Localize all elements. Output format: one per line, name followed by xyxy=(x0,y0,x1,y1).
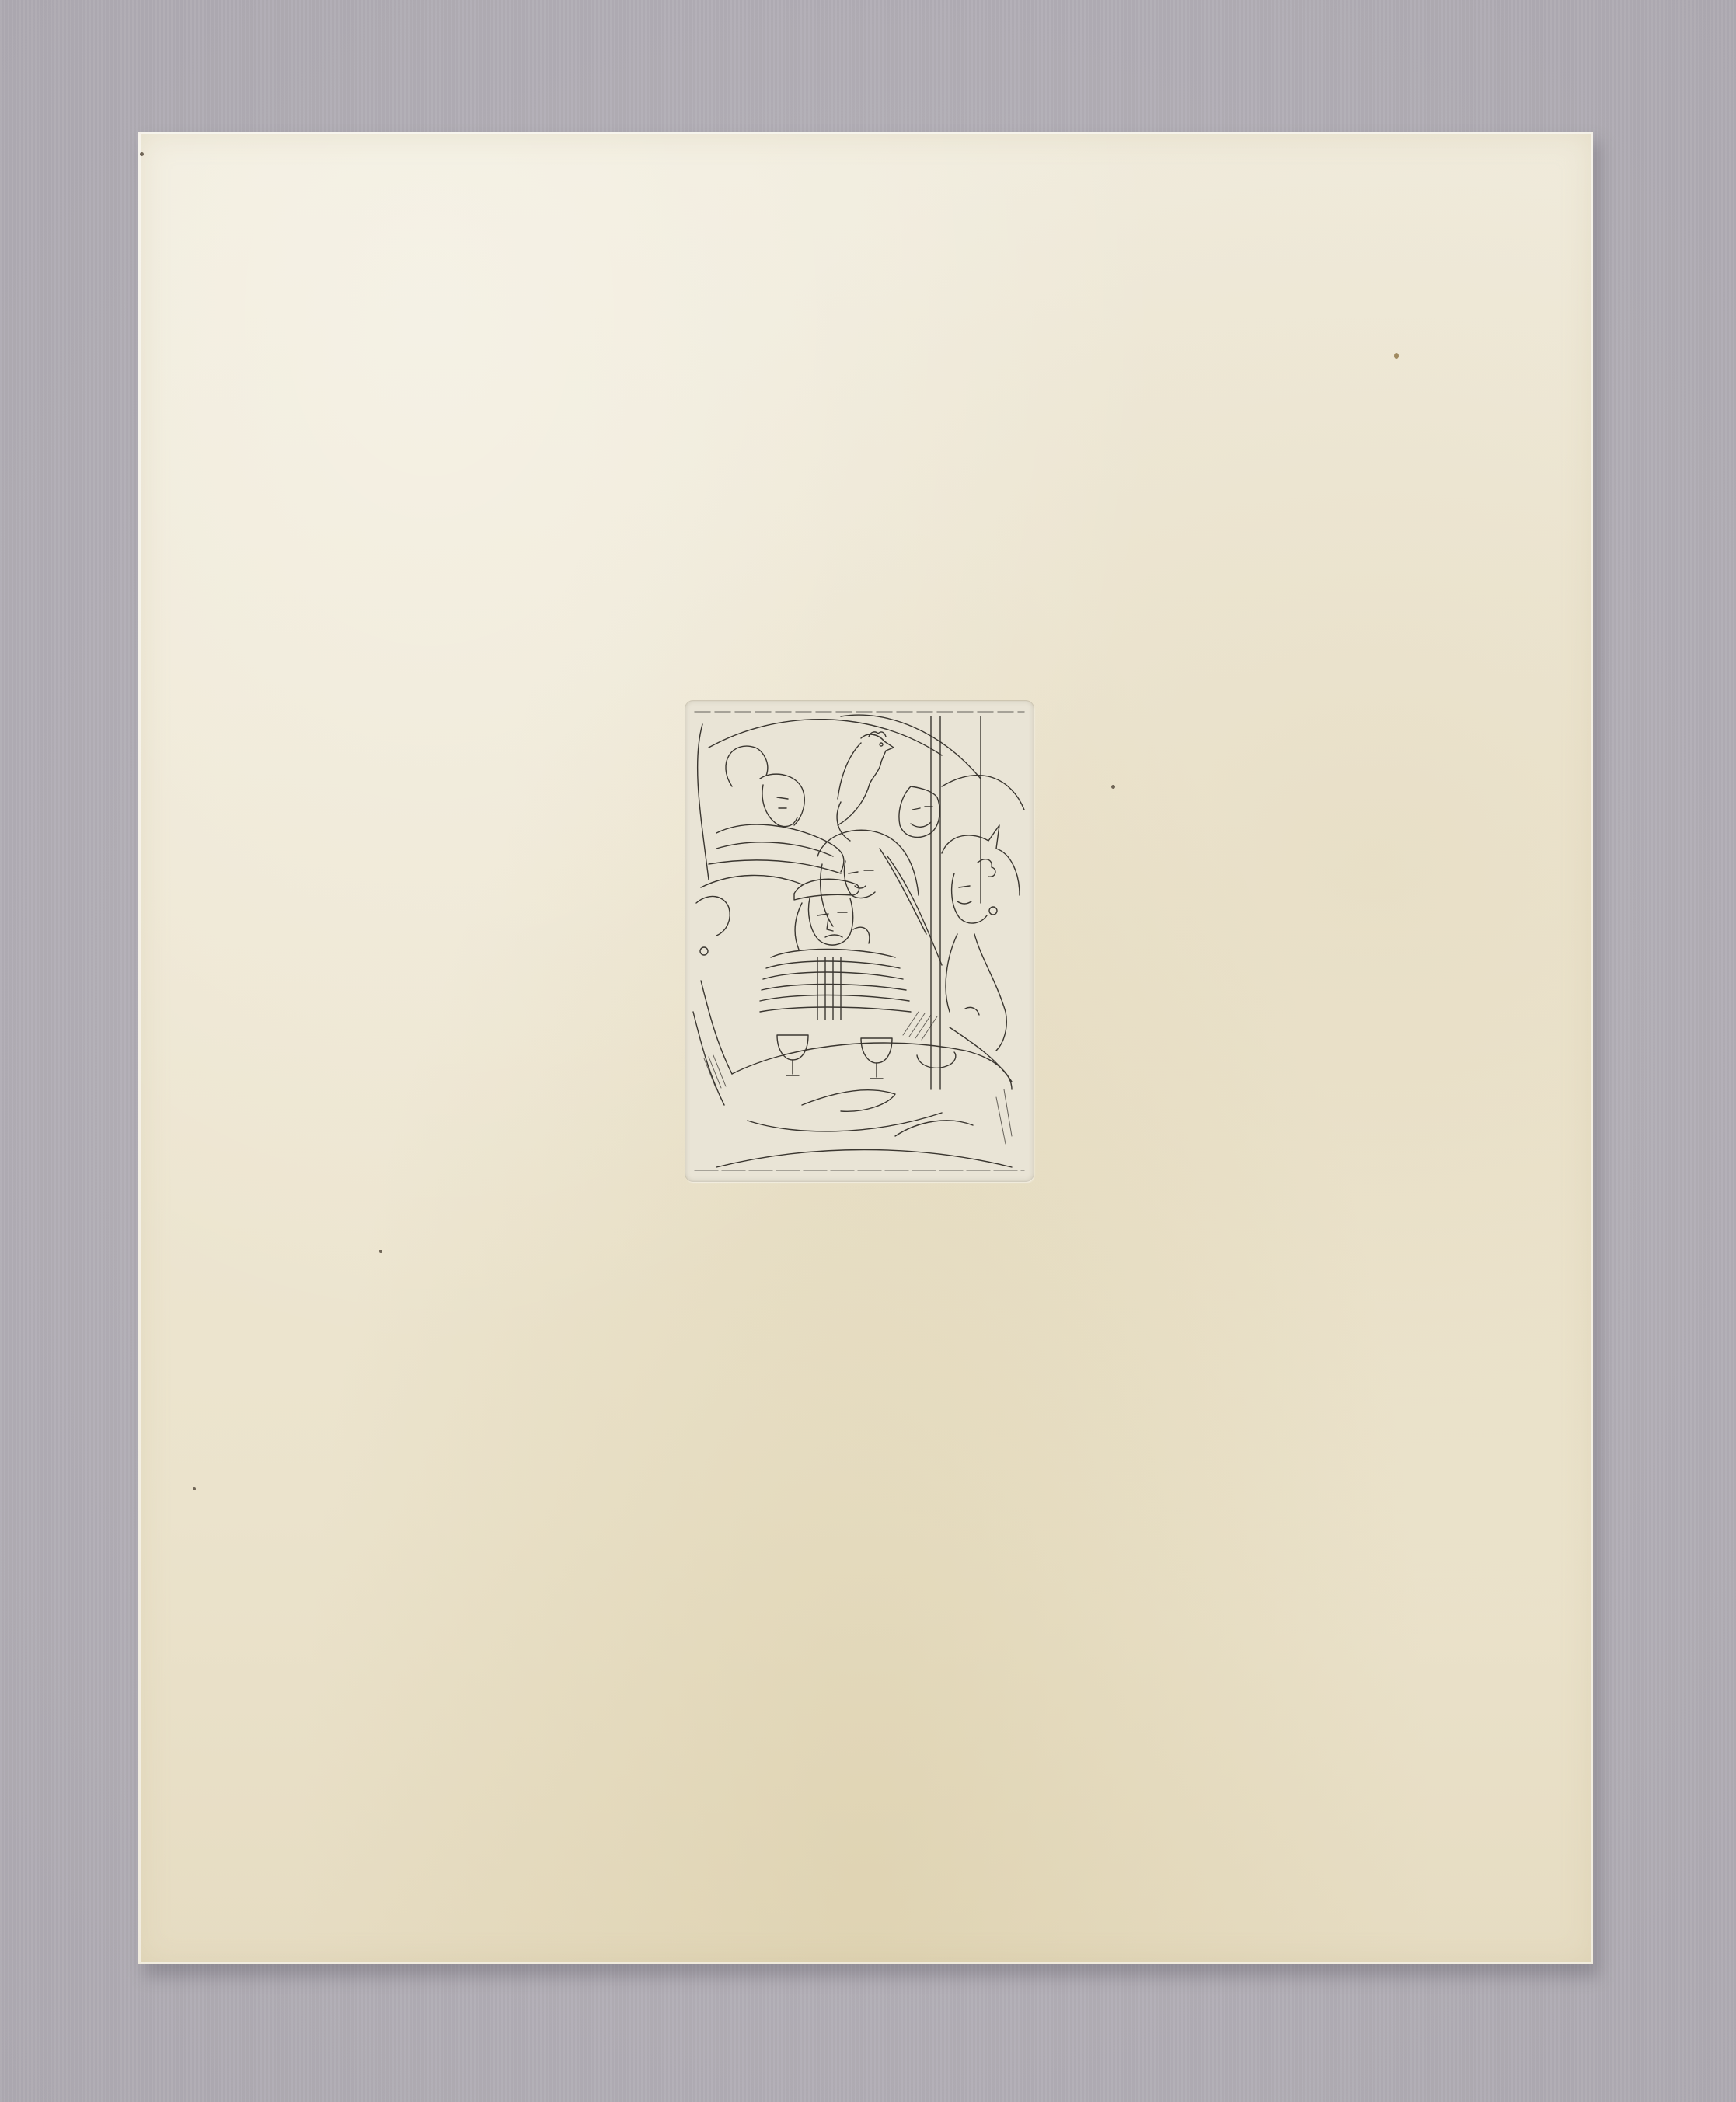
hatching xyxy=(704,1012,1012,1144)
paper-speck xyxy=(379,1250,382,1253)
paper-speck xyxy=(140,152,144,156)
rooster-drawing xyxy=(837,732,894,841)
etching-drawing xyxy=(685,701,1034,1181)
hand-to-face xyxy=(795,903,802,950)
man-in-cap-drawing xyxy=(760,879,911,1020)
woman-feathered-drawing xyxy=(701,746,844,887)
arch-left xyxy=(698,724,709,880)
mask-drawing xyxy=(899,786,939,837)
figure-left-drawing xyxy=(693,896,732,1105)
paper-speck xyxy=(1111,785,1115,789)
etching-plate xyxy=(685,701,1034,1181)
paper-speck xyxy=(193,1487,196,1490)
paper-speck xyxy=(1394,353,1399,359)
table-drawing xyxy=(716,1035,1012,1167)
